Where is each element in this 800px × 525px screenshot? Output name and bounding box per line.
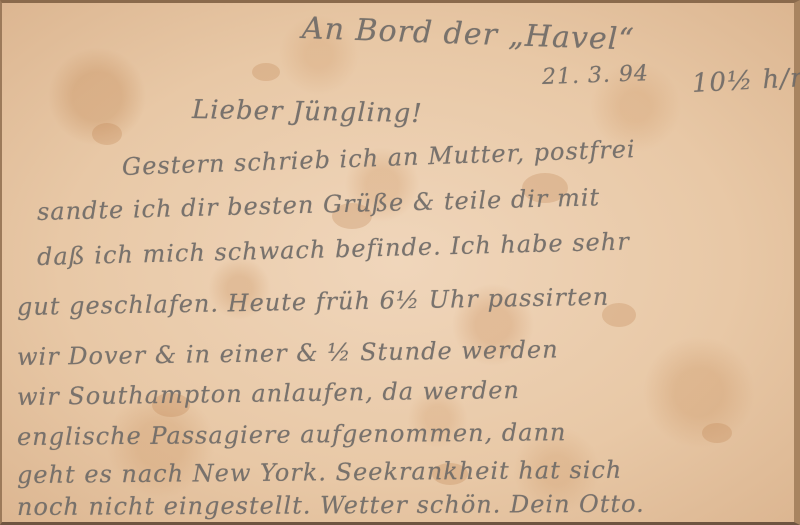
foxing-spot	[252, 63, 280, 81]
body-line-7: englische Passagiere aufgenommen, dann	[17, 418, 567, 451]
salutation: Lieber Jüngling!	[192, 95, 423, 129]
body-line-1: Gestern schrieb ich an Mutter, postfrei	[122, 135, 637, 181]
body-line-4: gut geschlafen. Heute früh 6½ Uhr passir…	[17, 283, 610, 321]
body-line-2: sandte ich dir besten Grüße & teile dir …	[37, 183, 601, 226]
postcard: An Bord der „Havel“ 21. 3. 94 10½ h/m Li…	[0, 0, 800, 525]
body-line-6: wir Southampton anlaufen, da werden	[17, 376, 520, 411]
foxing-spot	[702, 423, 732, 443]
body-line-3: daß ich mich schwach befinde. Ich habe s…	[37, 227, 630, 271]
header-location: An Bord der „Havel“	[301, 11, 635, 58]
header-date: 21. 3. 94	[542, 61, 650, 90]
body-line-8: geht es nach New York. Seekrankheit hat …	[17, 456, 623, 489]
foxing-spot	[92, 123, 122, 145]
body-line-5: wir Dover & in einer & ½ Stunde werden	[17, 335, 559, 371]
header-time: 10½ h/m	[691, 63, 800, 99]
body-line-9: noch nicht eingestellt. Wetter schön. De…	[17, 490, 645, 521]
